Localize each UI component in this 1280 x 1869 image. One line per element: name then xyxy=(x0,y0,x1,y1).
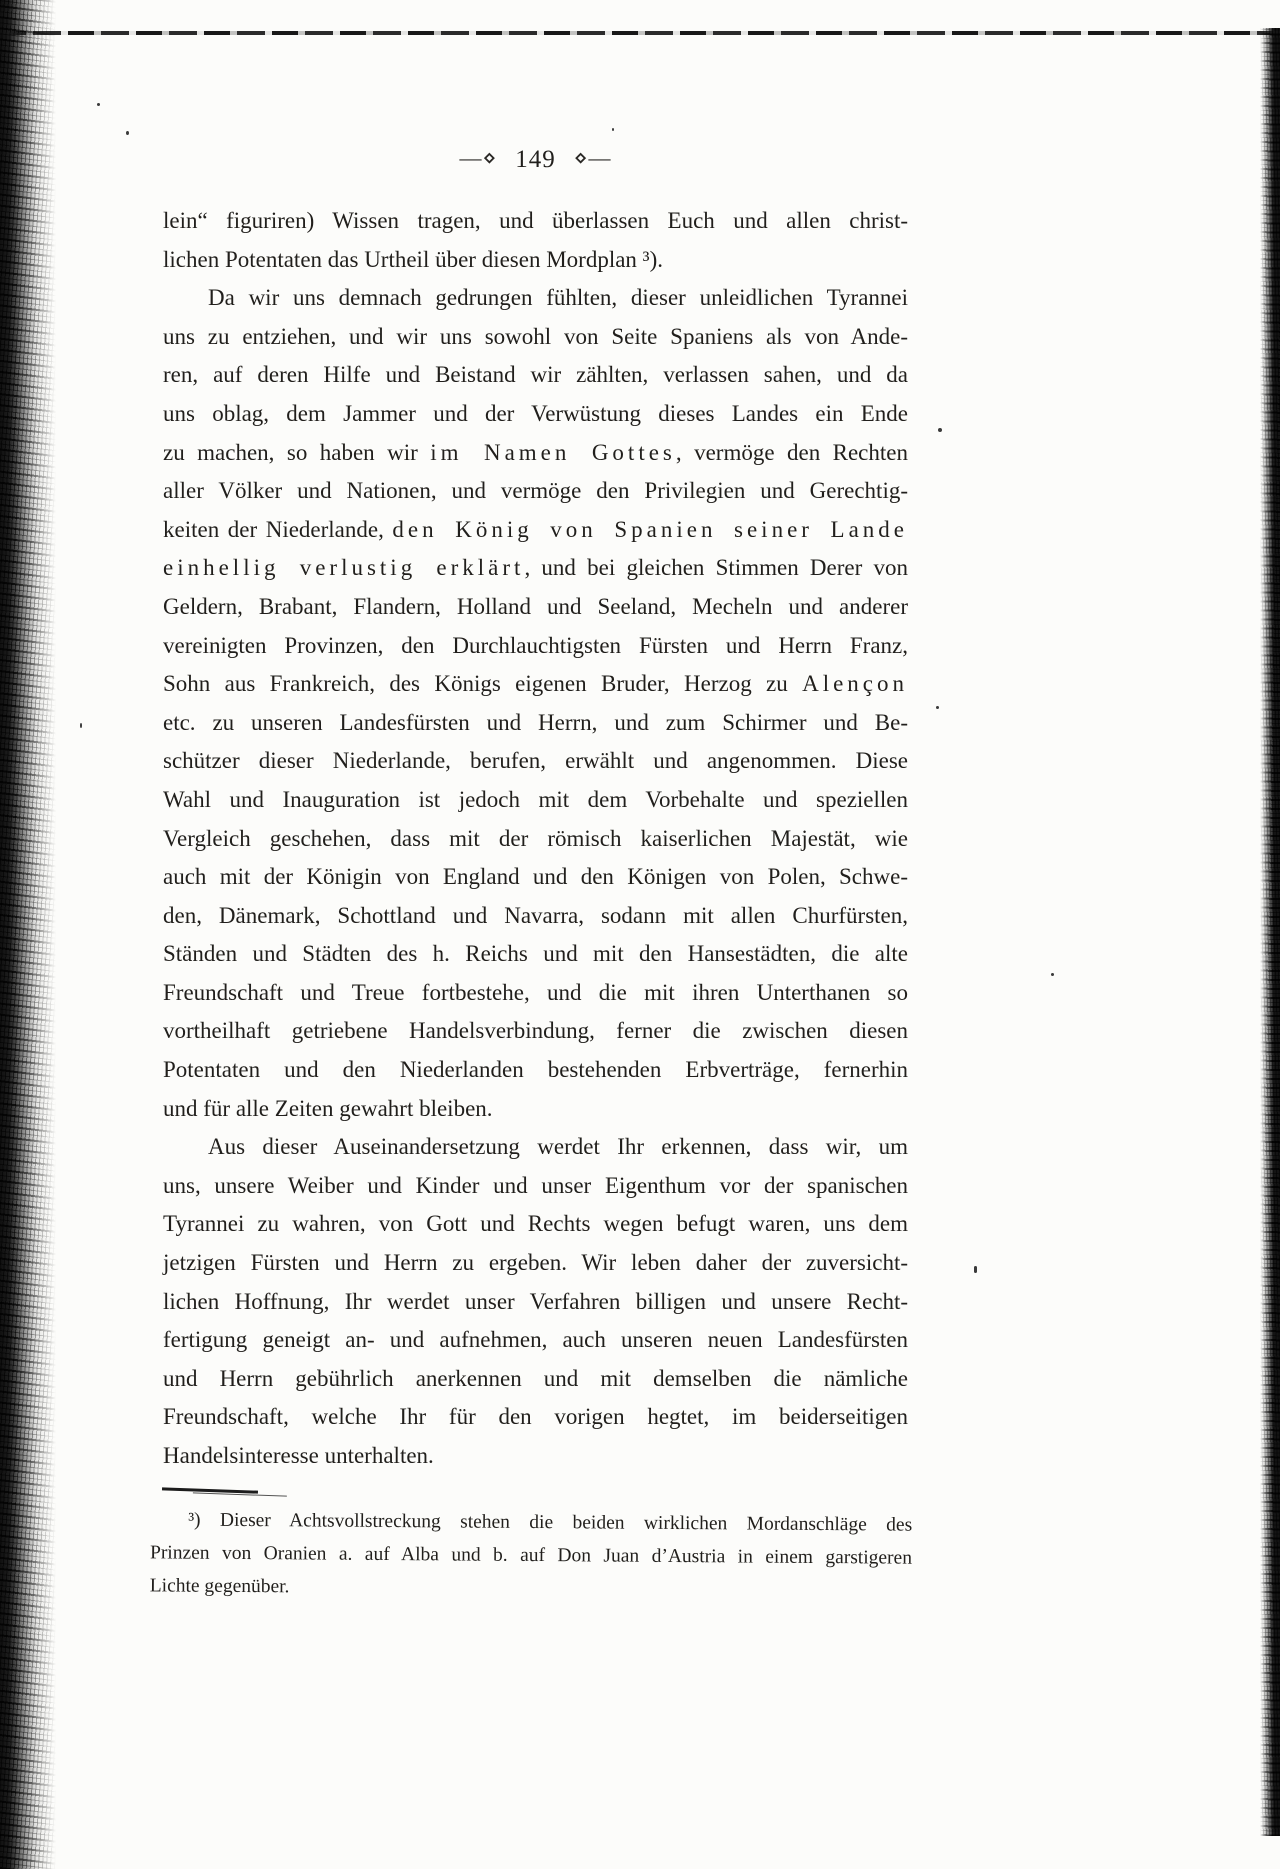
text-line: jetzigen Fürsten und Herrn zu ergeben. W… xyxy=(163,1244,908,1283)
text-segment: vereinigten Provinzen, den Durchlauchtig… xyxy=(163,633,908,658)
footnote: ³) Dieser Achtsvollstreckung stehen die … xyxy=(150,1503,913,1607)
text-segment: auch mit der Königin von England und den… xyxy=(163,864,908,889)
text-line: Prinzen von Oranien a. auf Alba und b. a… xyxy=(150,1536,912,1574)
header-ornament-right: ⋄— xyxy=(574,145,612,170)
text-segment: uns, unsere Weiber und Kinder und unser … xyxy=(163,1173,908,1198)
text-line: lein“ figuriren) Wissen tragen, und über… xyxy=(163,202,908,241)
text-segment: fertigung geneigt an- und aufnehmen, auc… xyxy=(163,1327,908,1352)
text-line: vortheilhaft getriebene Handelsverbindun… xyxy=(163,1012,908,1051)
emphasized-text: einhellig verlustig erklärt xyxy=(163,555,524,580)
text-line: etc. zu unseren Landesfürsten und Herrn,… xyxy=(163,704,908,743)
text-line: einhellig verlustig erklärt, und bei gle… xyxy=(163,549,908,588)
text-line: ³) Dieser Achtsvollstreckung stehen die … xyxy=(150,1503,912,1541)
text-segment: Prinzen von Oranien a. auf Alba und b. a… xyxy=(150,1542,912,1568)
text-segment: uns zu entziehen, und wir uns sowohl von… xyxy=(163,324,908,349)
text-segment: vortheilhaft getriebene Handelsverbindun… xyxy=(163,1018,908,1043)
scan-speck xyxy=(97,103,100,106)
text-segment: ren, auf deren Hilfe und Beistand wir zä… xyxy=(163,362,908,387)
text-line: Lichte gegenüber. xyxy=(150,1569,912,1607)
text-segment: Tyrannei zu wahren, von Gott und Rechts … xyxy=(163,1211,908,1236)
text-line: Tyrannei zu wahren, von Gott und Rechts … xyxy=(163,1205,908,1244)
text-line: vereinigten Provinzen, den Durchlauchtig… xyxy=(163,627,908,666)
text-segment: uns oblag, dem Jammer und der Verwüstung… xyxy=(163,401,908,426)
text-segment: den, Dänemark, Schottland und Navarra, s… xyxy=(163,903,908,928)
text-line: den, Dänemark, Schottland und Navarra, s… xyxy=(163,897,908,936)
text-line: Vergleich geschehen, dass mit der römisc… xyxy=(163,820,908,859)
text-line: Ständen und Städten des h. Reichs und mi… xyxy=(163,935,908,974)
text-segment: aller Völker und Nationen, und vermöge d… xyxy=(163,478,908,503)
page-header: —⋄149⋄— xyxy=(163,146,908,174)
text-line: lichen Potentaten das Urtheil über diese… xyxy=(163,241,908,280)
scanned-page: —⋄149⋄— lein“ figuriren) Wissen tragen, … xyxy=(0,0,1280,1869)
text-segment: Sohn aus Frankreich, des Königs eigenen … xyxy=(163,671,802,696)
footnote-rule xyxy=(162,1487,258,1493)
text-segment: Vergleich geschehen, dass mit der römisc… xyxy=(163,826,908,851)
scan-edge-top xyxy=(0,31,1280,35)
scan-gutter-shadow xyxy=(0,0,56,1869)
emphasized-text: Alençon xyxy=(802,671,908,696)
body-text: lein“ figuriren) Wissen tragen, und über… xyxy=(163,202,908,1476)
scan-speck xyxy=(612,128,614,131)
text-line: Sohn aus Frankreich, des Königs eigenen … xyxy=(163,665,908,704)
scan-speck xyxy=(974,1266,977,1273)
scan-speck xyxy=(126,131,129,135)
text-line: ren, auf deren Hilfe und Beistand wir zä… xyxy=(163,356,908,395)
text-segment: jetzigen Fürsten und Herrn zu ergeben. W… xyxy=(163,1250,908,1275)
text-line: Handelsinteresse unterhalten. xyxy=(163,1437,908,1476)
scan-speck xyxy=(936,706,939,709)
emphasized-text: im Namen Gottes xyxy=(430,440,676,465)
scan-speck xyxy=(938,428,942,432)
text-line: und Herrn gebührlich anerkennen und mit … xyxy=(163,1360,908,1399)
text-line: zu machen, so haben wir im Namen Gottes,… xyxy=(163,434,908,473)
text-segment: keiten der Niederlande, xyxy=(163,517,392,542)
text-line: auch mit der Königin von England und den… xyxy=(163,858,908,897)
text-segment: zu machen, so haben wir xyxy=(163,440,430,465)
text-segment: Geldern, Brabant, Flandern, Holland und … xyxy=(163,594,908,619)
text-line: schützer dieser Niederlande, berufen, er… xyxy=(163,742,908,781)
text-line: Da wir uns demnach gedrungen fühlten, di… xyxy=(163,279,908,318)
text-line: aller Völker und Nationen, und vermöge d… xyxy=(163,472,908,511)
scan-edge-right xyxy=(1260,28,1280,1836)
text-line: fertigung geneigt an- und aufnehmen, auc… xyxy=(163,1321,908,1360)
text-segment: schützer dieser Niederlande, berufen, er… xyxy=(163,748,908,773)
text-segment: Lichte gegenüber. xyxy=(150,1575,290,1597)
text-segment: , vermöge den Rechten xyxy=(676,440,908,465)
text-line: Potentaten und den Niederlanden bestehen… xyxy=(163,1051,908,1090)
text-segment: Freundschaft und Treue fortbestehe, und … xyxy=(163,980,908,1005)
text-segment: Wahl und Inauguration ist jedoch mit dem… xyxy=(163,787,908,812)
text-segment: Ständen und Städten des h. Reichs und mi… xyxy=(163,941,908,966)
text-segment: Freundschaft, welche Ihr für den vorigen… xyxy=(163,1404,908,1429)
text-segment: , und bei gleichen Stimmen Derer von xyxy=(524,555,908,580)
text-segment: und für alle Zeiten gewahrt bleiben. xyxy=(163,1096,493,1121)
text-line: uns oblag, dem Jammer und der Verwüstung… xyxy=(163,395,908,434)
text-line: uns, unsere Weiber und Kinder und unser … xyxy=(163,1167,908,1206)
text-line: Aus dieser Auseinandersetzung werdet Ihr… xyxy=(163,1128,908,1167)
page-number: 149 xyxy=(515,146,556,173)
text-segment: Da wir uns demnach gedrungen fühlten, di… xyxy=(208,285,908,310)
text-line: keiten der Niederlande, den König von Sp… xyxy=(163,511,908,550)
text-segment: Aus dieser Auseinandersetzung werdet Ihr… xyxy=(208,1134,908,1159)
text-line: Geldern, Brabant, Flandern, Holland und … xyxy=(163,588,908,627)
text-segment: etc. zu unseren Landesfürsten und Herrn,… xyxy=(163,710,908,735)
scan-speck xyxy=(80,723,82,728)
text-line: Freundschaft, welche Ihr für den vorigen… xyxy=(163,1398,908,1437)
text-segment: und Herrn gebührlich anerkennen und mit … xyxy=(163,1366,908,1391)
header-ornament-left: —⋄ xyxy=(459,145,497,170)
text-segment: lein“ figuriren) Wissen tragen, und über… xyxy=(163,208,908,233)
text-line: Wahl und Inauguration ist jedoch mit dem… xyxy=(163,781,908,820)
text-segment: lichen Potentaten das Urtheil über diese… xyxy=(163,247,663,272)
text-segment: Handelsinteresse unterhalten. xyxy=(163,1443,434,1468)
emphasized-text: den König von Spanien seiner Lande xyxy=(392,517,908,542)
text-line: lichen Hoffnung, Ihr werdet unser Verfah… xyxy=(163,1283,908,1322)
text-line: Freundschaft und Treue fortbestehe, und … xyxy=(163,974,908,1013)
text-segment: ³) Dieser Achtsvollstreckung stehen die … xyxy=(188,1510,912,1536)
text-segment: Potentaten und den Niederlanden bestehen… xyxy=(163,1057,908,1082)
text-line: und für alle Zeiten gewahrt bleiben. xyxy=(163,1090,908,1129)
text-segment: lichen Hoffnung, Ihr werdet unser Verfah… xyxy=(163,1289,908,1314)
scan-speck xyxy=(1051,973,1054,976)
text-line: uns zu entziehen, und wir uns sowohl von… xyxy=(163,318,908,357)
